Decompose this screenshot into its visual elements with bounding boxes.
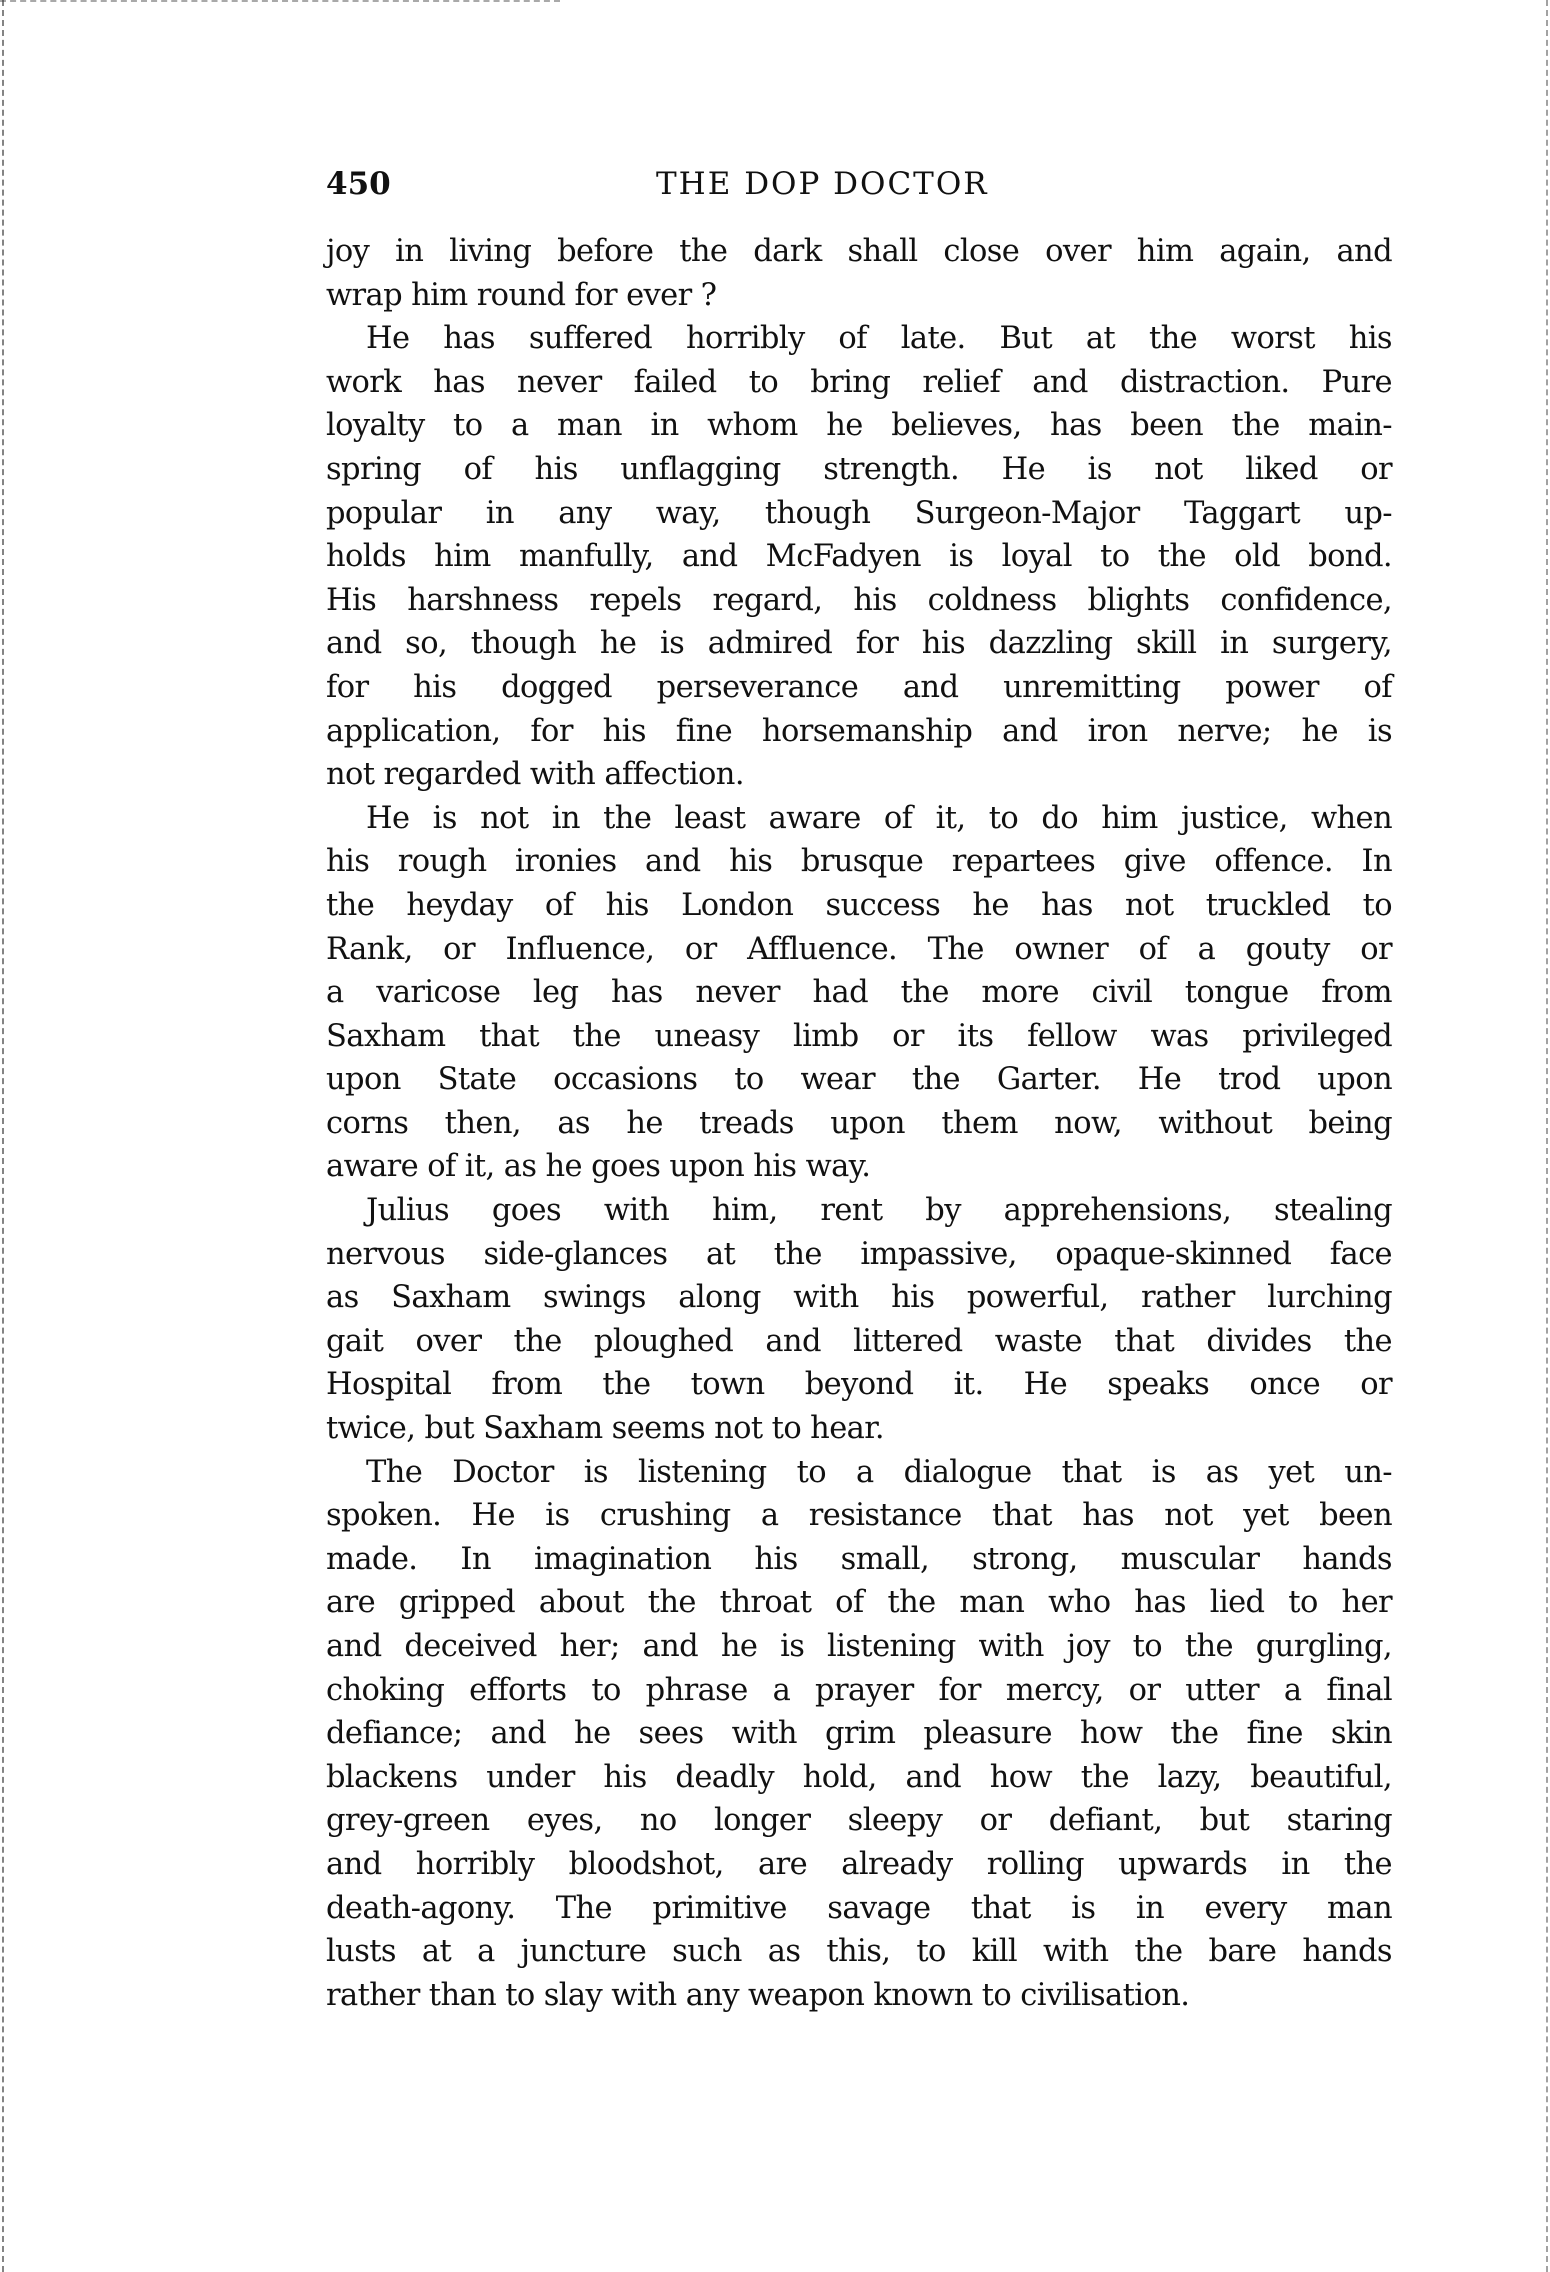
text-line: application, for his fine horsemanship a…: [326, 710, 1392, 754]
scan-edge-right: [1543, 0, 1548, 2272]
running-head: 450 THE DOP DOCTOR: [326, 166, 1392, 210]
text-line: blackens under his deadly hold, and how …: [326, 1756, 1392, 1800]
text-line: and deceived her; and he is listening wi…: [326, 1625, 1392, 1669]
text-line: His harshness repels regard, his coldnes…: [326, 579, 1392, 623]
text-line: work has never failed to bring relief an…: [326, 361, 1392, 405]
text-line: aware of it, as he goes upon his way.: [326, 1145, 1392, 1189]
text-line: spring of his unflagging strength. He is…: [326, 448, 1392, 492]
text-line: made. In imagination his small, strong, …: [326, 1538, 1392, 1582]
text-line: for his dogged perseverance and unremitt…: [326, 666, 1392, 710]
text-line: popular in any way, though Surgeon-Major…: [326, 492, 1392, 536]
paragraph: The Doctor is listening to a dialogue th…: [326, 1451, 1392, 2018]
text-line: the heyday of his London success he has …: [326, 884, 1392, 928]
scan-edge-left: [2, 0, 7, 2272]
text-line: joy in living before the dark shall clos…: [326, 230, 1392, 274]
scanned-book-page: 450 THE DOP DOCTOR joy in living before …: [0, 0, 1550, 2272]
text-line: and horribly bloodshot, are already roll…: [326, 1843, 1392, 1887]
text-line: choking efforts to phrase a prayer for m…: [326, 1669, 1392, 1713]
text-line: not regarded with affection.: [326, 753, 1392, 797]
text-line: a varicose leg has never had the more ci…: [326, 971, 1392, 1015]
text-line: Hospital from the town beyond it. He spe…: [326, 1363, 1392, 1407]
text-line: grey-green eyes, no longer sleepy or def…: [326, 1799, 1392, 1843]
text-line: The Doctor is listening to a dialogue th…: [326, 1451, 1392, 1495]
text-line: Rank, or Influence, or Affluence. The ow…: [326, 928, 1392, 972]
paragraph: He is not in the least aware of it, to d…: [326, 797, 1392, 1189]
body-text: joy in living before the dark shall clos…: [326, 230, 1392, 2017]
page-number: 450: [326, 166, 391, 202]
text-line: Saxham that the uneasy limb or its fello…: [326, 1015, 1392, 1059]
text-line: upon State occasions to wear the Garter.…: [326, 1058, 1392, 1102]
text-line: loyalty to a man in whom he believes, ha…: [326, 404, 1392, 448]
text-line: He has suffered horribly of late. But at…: [326, 317, 1392, 361]
text-line: gait over the ploughed and littered wast…: [326, 1320, 1392, 1364]
text-line: Julius goes with him, rent by apprehensi…: [326, 1189, 1392, 1233]
running-title: THE DOP DOCTOR: [656, 166, 989, 202]
text-line: lusts at a juncture such as this, to kil…: [326, 1930, 1392, 1974]
text-line: are gripped about the throat of the man …: [326, 1581, 1392, 1625]
text-line: He is not in the least aware of it, to d…: [326, 797, 1392, 841]
text-line: holds him manfully, and McFadyen is loya…: [326, 535, 1392, 579]
text-line: wrap him round for ever ?: [326, 274, 1392, 318]
scan-edge-top: [0, 0, 560, 4]
paragraph: joy in living before the dark shall clos…: [326, 230, 1392, 317]
paragraph: Julius goes with him, rent by apprehensi…: [326, 1189, 1392, 1451]
text-line: spoken. He is crushing a resistance that…: [326, 1494, 1392, 1538]
text-line: as Saxham swings along with his powerful…: [326, 1276, 1392, 1320]
text-line: death-agony. The primitive savage that i…: [326, 1887, 1392, 1931]
text-line: his rough ironies and his brusque repart…: [326, 840, 1392, 884]
text-line: rather than to slay with any weapon know…: [326, 1974, 1392, 2018]
text-line: defiance; and he sees with grim pleasure…: [326, 1712, 1392, 1756]
text-line: nervous side-glances at the impassive, o…: [326, 1233, 1392, 1277]
text-line: and so, though he is admired for his daz…: [326, 622, 1392, 666]
paragraph: He has suffered horribly of late. But at…: [326, 317, 1392, 797]
text-line: corns then, as he treads upon them now, …: [326, 1102, 1392, 1146]
text-line: twice, but Saxham seems not to hear.: [326, 1407, 1392, 1451]
